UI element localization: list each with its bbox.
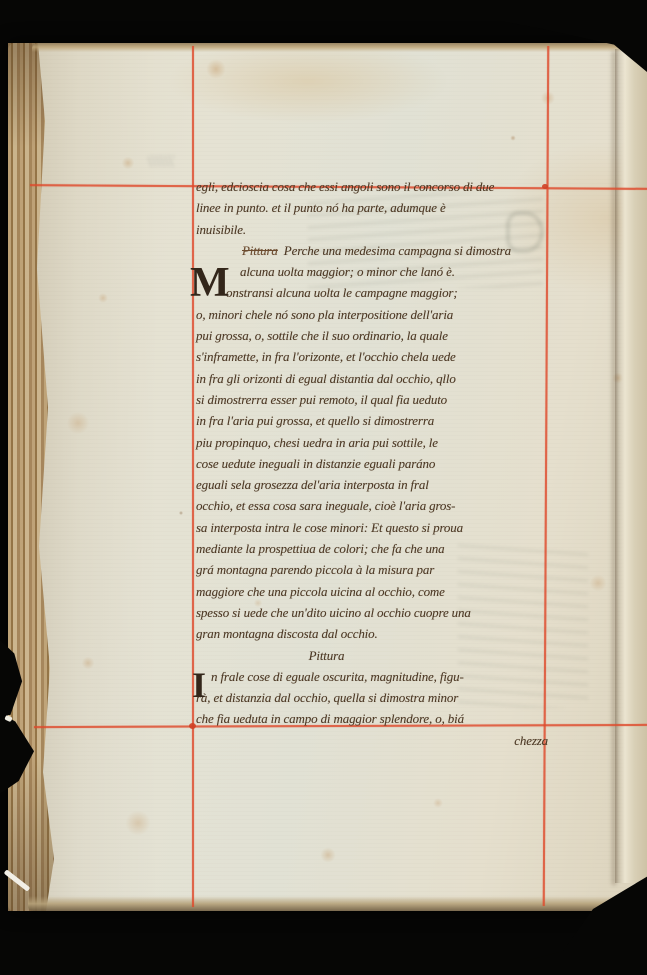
pencil-smudge: [148, 155, 174, 167]
manuscript-heading-line: PitturaPerche una medesima campagna si d…: [196, 240, 552, 261]
heading-text: Perche una medesima campagna si dimostra: [284, 243, 511, 258]
book-page: M I egli, edcioscia cosa che essi angoli…: [8, 43, 647, 911]
manuscript-line: piu propinquo, chesi uedra in aria pui s…: [196, 432, 552, 453]
manuscript-line: grá montagna parendo piccola à la misura…: [196, 559, 552, 580]
drop-cap-m: M: [190, 262, 230, 304]
manuscript-line: si dimostrerra esser pui remoto, il qual…: [196, 389, 552, 410]
manuscript-line: eguali sela grosezza del'aria interposta…: [196, 474, 552, 495]
manuscript-line: linee in punto. et il punto nó ha parte,…: [196, 197, 552, 218]
manuscript-line: che fia ueduta in campo di maggior splen…: [196, 708, 552, 729]
page-top-edge: [32, 43, 647, 52]
section-heading: Pittura: [196, 645, 552, 666]
manuscript-line: o, minori chele nó sono pla interpositio…: [196, 304, 552, 325]
manuscript-line: egli, edcioscia cosa che essi angoli son…: [196, 176, 552, 197]
manuscript-line: cose uedute ineguali in distanzie eguali…: [196, 453, 552, 474]
catchword: chezza: [196, 730, 552, 751]
manuscript-text-block: M I egli, edcioscia cosa che essi angoli…: [196, 176, 552, 751]
manuscript-line: gran montagna discosta dal occhio.: [196, 623, 552, 644]
manuscript-line: inuisibile.: [196, 219, 552, 240]
manuscript-line: sa interposta intra le cose minori: Et q…: [196, 517, 552, 538]
page-fold-edge: [615, 49, 647, 883]
manuscript-line: pui grossa, o, sottile che il suo ordina…: [196, 325, 552, 346]
manuscript-line: occhio, et essa cosa sara ineguale, cioè…: [196, 495, 552, 516]
struck-word: Pittura: [242, 243, 278, 258]
manuscript-line: n frale cose di eguale oscurita, magnitu…: [196, 666, 552, 687]
manuscript-line: spesso si uede che un'dito uicino al occ…: [196, 602, 552, 623]
manuscript-line: mediante la prospettiua de colori; che f…: [196, 538, 552, 559]
manuscript-line: onstransi alcuna uolta le campagne maggi…: [196, 282, 552, 303]
manuscript-heading-line: alcuna uolta maggior; o minor che lanó è…: [196, 261, 552, 282]
drop-cap-i: I: [192, 667, 206, 703]
manuscript-photo: M I egli, edcioscia cosa che essi angoli…: [0, 0, 647, 975]
manuscript-line: in fra l'aria pui grossa, et quello si d…: [196, 410, 552, 431]
manuscript-line: rà, et distanzia dal occhio, quella si d…: [196, 687, 552, 708]
manuscript-line: maggiore che una piccola uicina al occhi…: [196, 581, 552, 602]
ruling-line-left: [192, 46, 194, 907]
page-bottom-edge: [28, 896, 641, 911]
manuscript-line: in fra gli orizonti di egual distantia d…: [196, 368, 552, 389]
manuscript-line: s'inframette, in fra l'orizonte, et l'oc…: [196, 346, 552, 367]
ruling-ink-blob: [189, 723, 196, 729]
